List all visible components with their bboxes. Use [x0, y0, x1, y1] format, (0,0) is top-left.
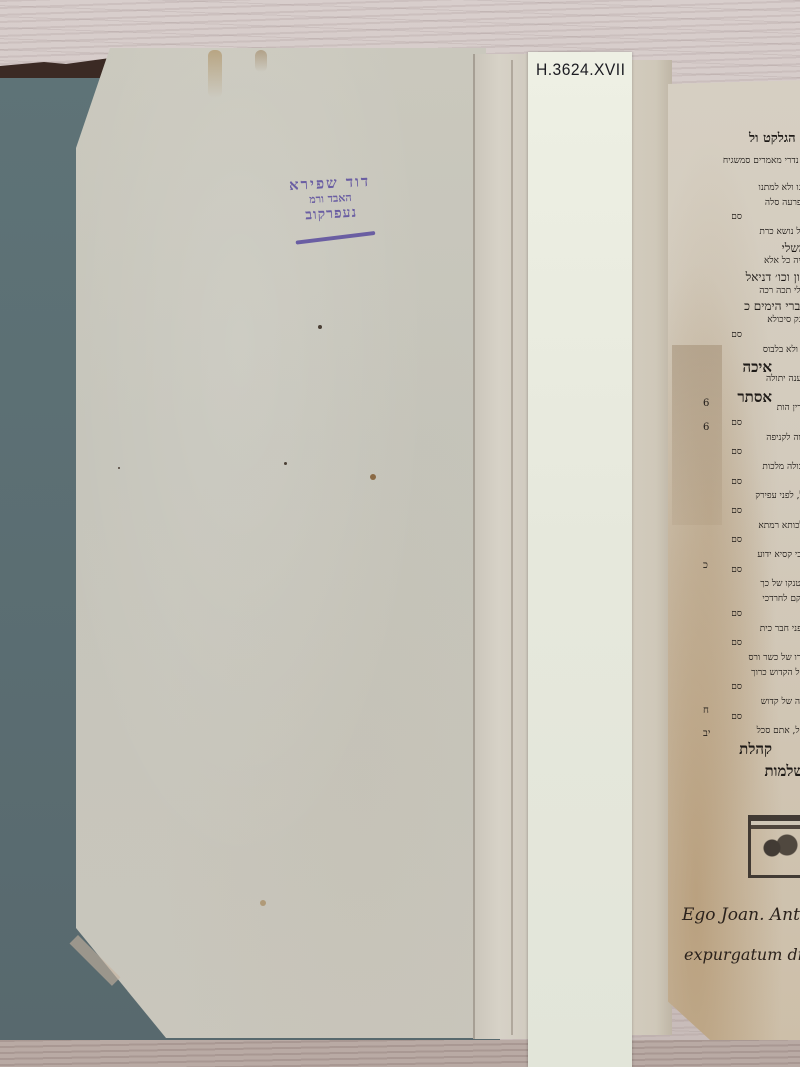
page-text-row: הוה לקניפה [766, 432, 800, 443]
page-text-row: סם [731, 711, 742, 722]
paper-speck [284, 462, 287, 465]
page-text-row: סם [731, 417, 742, 428]
page-text-row: ול, לפני עפירק [755, 490, 800, 501]
margin-marker: ח [703, 705, 709, 716]
page-text-row: בנו ולא למתנו [759, 182, 800, 193]
page-text-row: של הקדוש כרוך [751, 667, 800, 678]
call-number-label: H.3624.XVII [536, 60, 625, 80]
page-text-row: פרו של כשר ורס [748, 652, 800, 663]
margin-marker: כ [703, 560, 708, 571]
woodcut-ornament [748, 815, 800, 878]
binding-fold-line [511, 60, 513, 1035]
page-text-row: ולכותא רמתא [758, 520, 800, 531]
page-text-row: סם [731, 211, 742, 222]
page-text-row: סם [731, 505, 742, 516]
page-text-row: ה ולא בלבוס [763, 344, 800, 355]
page-text-row: הטנקו של כך [760, 578, 800, 589]
flyleaf-stain [255, 50, 267, 72]
margin-marker: 6 [703, 398, 709, 409]
page-text-row: אל נושא כרת [759, 226, 800, 237]
page-text-row: לפני חבר כית [760, 623, 800, 634]
paper-speck [318, 325, 322, 329]
page-text-row: רבי קסיא ידוע [757, 549, 800, 560]
page-text-row: היה כל אלא [764, 255, 800, 266]
page-text-row: דברי הימים כ [744, 299, 800, 314]
margin-marker: יב [703, 728, 710, 739]
page-text-row: סם [731, 534, 742, 545]
page-text-row: כפרעה סלה [765, 197, 800, 208]
stamp-underline [296, 231, 376, 245]
page-text-row: גנה של קדוש [761, 696, 800, 707]
margin-marker: 6 [703, 422, 709, 433]
paper-speck [118, 467, 120, 469]
footer-title: שלמות [764, 762, 800, 781]
page-fold-stain [672, 345, 722, 525]
wooden-table-bottom-edge [0, 1040, 800, 1067]
ownership-stamp: דוד שפירא האבד ורמ נעפרקוב [264, 171, 398, 250]
page-text-row: סם [731, 608, 742, 619]
book-photograph: דוד שפירא האבד ורמ נעפרקוב ט הגלקט ול ר׳… [0, 0, 800, 1067]
page-subheader: ר׳ נדרי מאמרים סמשגיח [723, 155, 800, 166]
page-text-row: קהלת [739, 740, 772, 759]
page-text-row: סם [731, 564, 742, 575]
call-number-slip: H.3624.XVII [528, 52, 632, 1067]
page-header: ט הגלקט ול [749, 130, 800, 146]
page-text-row: סם [731, 681, 742, 692]
page-text-row: אסתר [737, 388, 772, 407]
page-text-row: בנק סיכולא [767, 314, 800, 325]
page-text-row: נוקם לחרדכי [762, 593, 800, 604]
page-text-row: משלי [782, 241, 800, 256]
censor-inscription-line-2: expurgatum die [684, 945, 800, 964]
page-text-row: אלי תכה רכה [759, 285, 800, 296]
page-edges [632, 60, 672, 1035]
page-text-row: גבולה מלכות [762, 461, 800, 472]
page-text-row: סם [731, 637, 742, 648]
page-text-row: ויון וכו׳ דניאל [746, 270, 800, 285]
binding-stub [473, 54, 535, 1039]
page-text-row: סם [731, 446, 742, 457]
paper-speck [370, 474, 376, 480]
page-text-row: של, אתם סכל [757, 725, 800, 736]
page-text-row: סם [731, 329, 742, 340]
paper-speck [260, 900, 266, 906]
page-text-row: סם [731, 476, 742, 487]
page-text-row: דרין הות [777, 402, 800, 413]
flyleaf-stain [208, 50, 222, 98]
censor-inscription-line-1: Ego Joan. Ant. [682, 905, 800, 925]
page-text-row: כענה יתולה [766, 373, 800, 384]
